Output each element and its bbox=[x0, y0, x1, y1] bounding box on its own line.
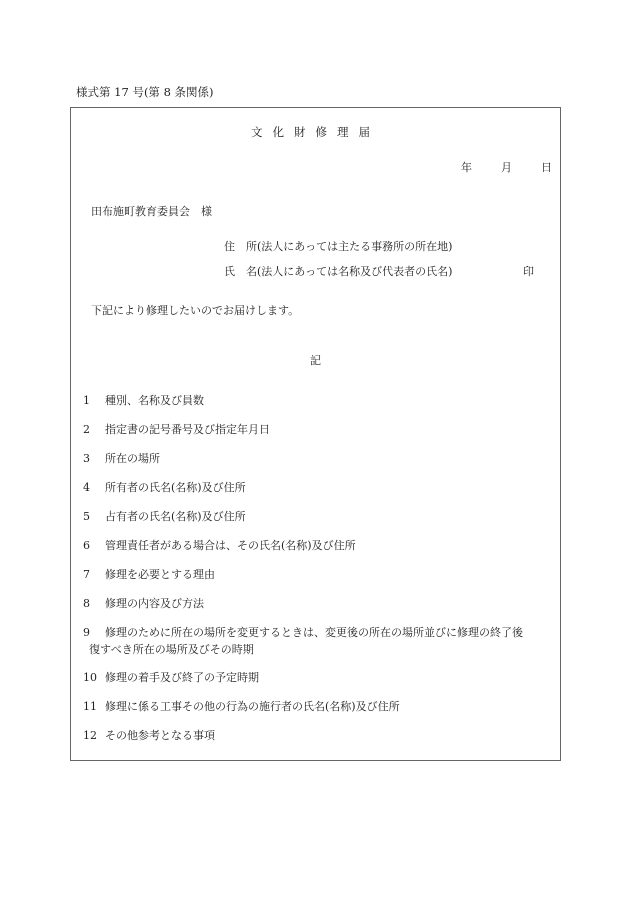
item-text: その他参考となる事項 bbox=[105, 729, 215, 742]
item-text: 修理に係る工事その他の行為の施行者の氏名(名称)及び住所 bbox=[105, 700, 400, 713]
item-number: 6 bbox=[83, 539, 101, 552]
recipient: 田布施町教育委員会 様 bbox=[91, 203, 212, 219]
item-text: 所有者の氏名(名称)及び住所 bbox=[105, 481, 246, 494]
list-item: 9修理のために所在の場所を変更するときは、変更後の所在の場所並びに修理の終了後 bbox=[83, 624, 523, 640]
intro-text: 下記により修理したいのでお届けします。 bbox=[91, 302, 299, 318]
item-text: 修理の着手及び終了の予定時期 bbox=[105, 671, 259, 684]
document-title: 文化財修理届 bbox=[71, 124, 560, 140]
item-text: 占有者の氏名(名称)及び住所 bbox=[105, 510, 246, 523]
list-item: 2指定書の記号番号及び指定年月日 bbox=[83, 421, 270, 437]
item-text: 修理の内容及び方法 bbox=[105, 597, 204, 610]
list-item: 5占有者の氏名(名称)及び住所 bbox=[83, 508, 246, 524]
date-day-label: 日 bbox=[541, 159, 552, 175]
seal-mark: 印 bbox=[523, 263, 534, 279]
item-text: 管理責任者がある場合は、その氏名(名称)及び住所 bbox=[105, 539, 356, 552]
item-number: 7 bbox=[83, 568, 101, 581]
list-item-continuation: 復すべき所在の場所及びその時期 bbox=[89, 641, 254, 657]
date-line: 年 月 日 bbox=[461, 159, 552, 175]
date-month-label: 月 bbox=[501, 159, 512, 175]
item-number: 8 bbox=[83, 597, 101, 610]
ki-heading: 記 bbox=[71, 352, 560, 368]
item-number: 2 bbox=[83, 423, 101, 436]
item-number: 10 bbox=[83, 671, 101, 684]
form-frame: 文化財修理届 年 月 日 田布施町教育委員会 様 住 所(法人にあっては主たる事… bbox=[70, 107, 561, 761]
item-text: 所在の場所 bbox=[105, 452, 160, 465]
list-item: 3所在の場所 bbox=[83, 450, 160, 466]
list-item: 8修理の内容及び方法 bbox=[83, 595, 204, 611]
list-item: 12その他参考となる事項 bbox=[83, 727, 215, 743]
item-number: 9 bbox=[83, 626, 101, 639]
list-item: 7修理を必要とする理由 bbox=[83, 566, 215, 582]
form-number-label: 様式第 17 号(第 8 条関係) bbox=[76, 84, 214, 100]
item-number: 1 bbox=[83, 394, 101, 407]
item-number: 12 bbox=[83, 729, 101, 742]
item-number: 4 bbox=[83, 481, 101, 494]
list-item: 11修理に係る工事その他の行為の施行者の氏名(名称)及び住所 bbox=[83, 698, 400, 714]
item-number: 3 bbox=[83, 452, 101, 465]
item-text: 修理のために所在の場所を変更するときは、変更後の所在の場所並びに修理の終了後 bbox=[105, 626, 523, 639]
applicant-name-label: 氏 名(法人にあっては名称及び代表者の氏名) bbox=[224, 263, 452, 279]
item-number: 5 bbox=[83, 510, 101, 523]
item-text: 指定書の記号番号及び指定年月日 bbox=[105, 423, 270, 436]
item-text: 修理を必要とする理由 bbox=[105, 568, 215, 581]
list-item: 1種別、名称及び員数 bbox=[83, 392, 204, 408]
date-year-label: 年 bbox=[461, 159, 472, 175]
list-item: 6管理責任者がある場合は、その氏名(名称)及び住所 bbox=[83, 537, 356, 553]
list-item: 4所有者の氏名(名称)及び住所 bbox=[83, 479, 246, 495]
item-text: 種別、名称及び員数 bbox=[105, 394, 204, 407]
item-number: 11 bbox=[83, 700, 101, 713]
applicant-address-label: 住 所(法人にあっては主たる事務所の所在地) bbox=[224, 238, 452, 254]
list-item: 10修理の着手及び終了の予定時期 bbox=[83, 669, 259, 685]
